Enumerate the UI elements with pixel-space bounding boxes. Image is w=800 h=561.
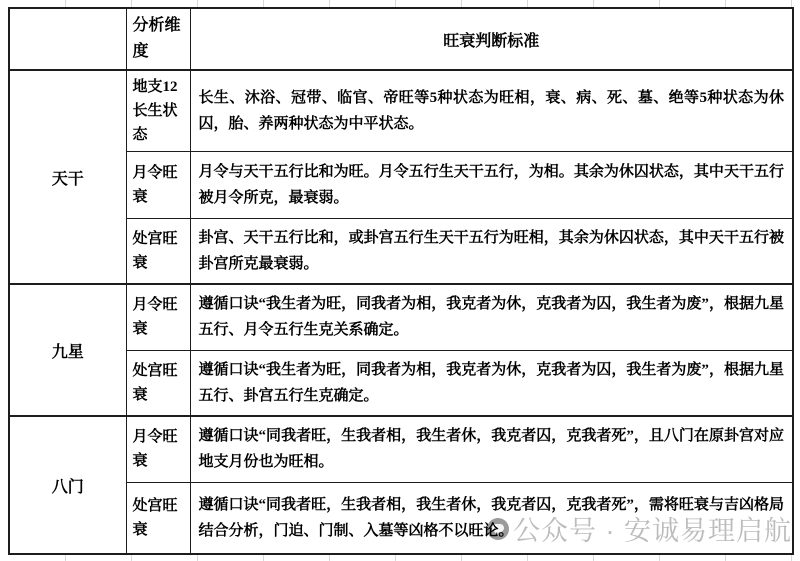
standard-cell: 长生、沐浴、冠带、临官、帝旺等5种状态为旺相，衰、病、死、墓、绝等5种状态为休囚…	[190, 70, 793, 152]
dimension-cell: 月令旺衰	[126, 152, 190, 219]
dimension-cell: 地支12长生状态	[126, 70, 190, 152]
dimension-cell: 月令旺衰	[126, 284, 190, 350]
standard-cell: 遵循口诀“我生者为旺，同我者为相，我克者为休，克我者为囚，我生者为废”，根据九星…	[190, 350, 793, 416]
dimension-cell: 处宫旺衰	[126, 219, 190, 285]
dimension-cell: 处宫旺衰	[126, 482, 190, 554]
standard-cell: 卦宫、天干五行比和，或卦宫五行生天干五行为旺相，其余为休囚状态，其中天干五行被卦…	[190, 219, 793, 285]
header-judgment-standard: 旺衰判断标准	[190, 8, 793, 70]
spreadsheet-gridlines-top	[0, 0, 800, 7]
category-cell-bamen: 八门	[9, 416, 126, 554]
category-cell-tiangan: 天干	[9, 70, 126, 284]
standard-cell: 遵循口诀“同我者旺，生我者相，我生者休，我克者囚，克我者死”，需将旺衰与吉凶格局…	[190, 482, 793, 554]
category-cell-jiuxing: 九星	[9, 284, 126, 416]
header-analysis-dimension: 分析维度	[126, 8, 190, 70]
wangshuai-criteria-table: 分析维度 旺衰判断标准 天干 地支12长生状态 长生、沐浴、冠带、临官、帝旺等5…	[8, 7, 794, 555]
dimension-cell: 处宫旺衰	[126, 350, 190, 416]
standard-cell: 月令与天干五行比和为旺。月令五行生天干五行，为相。其余为休囚状态，其中天干五行被…	[190, 152, 793, 219]
standard-cell: 遵循口诀“同我者旺，生我者相，我生者休，我克者囚，克我者死”，且八门在原卦宫对应…	[190, 416, 793, 482]
header-corner-cell	[9, 8, 126, 70]
spreadsheet-gridlines-bottom	[0, 554, 800, 561]
standard-cell: 遵循口诀“我生者为旺，同我者为相，我克者为休，克我者为囚，我生者为废”，根据九星…	[190, 284, 793, 350]
dimension-cell: 月令旺衰	[126, 416, 190, 482]
